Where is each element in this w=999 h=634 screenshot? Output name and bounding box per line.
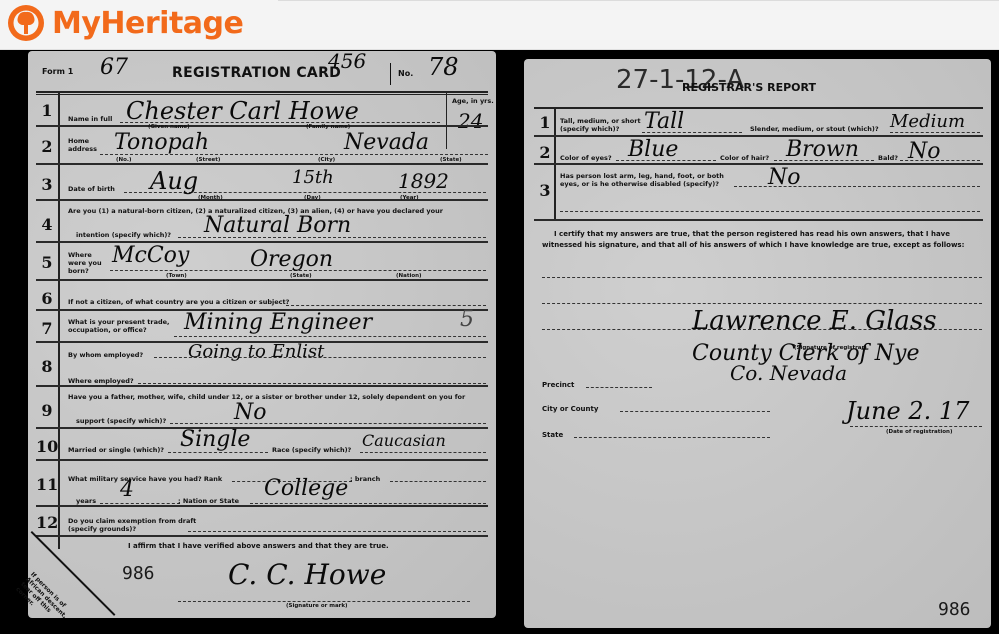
citizenship-value: Natural Born: [204, 213, 351, 238]
military-rank-label: What military service have you had? Rank: [68, 475, 222, 483]
occupation-value: Mining Engineer: [184, 310, 372, 335]
bald-value: No: [908, 139, 941, 164]
row-number: 8: [36, 357, 58, 376]
state-label: State: [542, 431, 563, 439]
form-number: 67: [100, 55, 128, 80]
address-label: Home address: [68, 137, 94, 153]
marital-status-value: Single: [180, 427, 250, 452]
stamp-number: 986: [122, 563, 155, 584]
row-number: 10: [36, 437, 58, 456]
address-city-value: Tonopah: [114, 130, 209, 155]
caption: (Town): [166, 273, 187, 279]
hair-color-value: Brown: [786, 137, 859, 162]
birthplace-label: Where were you born?: [68, 251, 108, 275]
fill-line: [360, 452, 486, 453]
birthdate-label: Date of birth: [68, 185, 115, 193]
height-label: Tall, medium, or short (specify which)?: [560, 117, 642, 133]
card-header: Form 1 67 REGISTRATION CARD 456 No. 78: [28, 51, 496, 93]
row-number: 1: [36, 101, 58, 120]
form-label: Form 1: [42, 67, 73, 76]
caption: (Nation): [396, 273, 422, 279]
registrars-report-back: 27-1-12-A REGISTRAR'S REPORT 1 Tall, med…: [524, 59, 991, 628]
disability-value: No: [768, 165, 801, 190]
citizenship-label: intention (specify which)?: [76, 231, 171, 239]
marital-status-label: Married or single (which)?: [68, 446, 164, 454]
affirmation-text: I affirm that I have verified above answ…: [128, 542, 389, 550]
row-number: 4: [36, 215, 58, 234]
height-value: Tall: [644, 109, 684, 134]
fill-line: [586, 387, 652, 388]
divider: [36, 91, 488, 93]
registrar-signature: Lawrence E. Glass: [692, 306, 937, 336]
header-bar: MyHeritage: [0, 0, 999, 50]
document-viewer[interactable]: Form 1 67 REGISTRATION CARD 456 No. 78 A…: [0, 51, 999, 634]
fill-line: [174, 336, 486, 337]
disability-label: Has person lost arm, leg, hand, foot, or…: [560, 172, 740, 188]
signature-line: [178, 601, 470, 602]
caption: (No.): [116, 157, 132, 163]
row-number: 3: [534, 181, 556, 200]
birth-town-value: McCoy: [112, 243, 189, 268]
exemption-label: Do you claim exemption from draft (speci…: [68, 517, 208, 533]
military-nation-label: ; Nation or State: [178, 497, 239, 505]
caption: (Month): [198, 195, 223, 201]
occupation-label: What is your present trade, occupation, …: [68, 318, 178, 334]
number-value: 78: [428, 53, 459, 81]
fill-line: [390, 481, 486, 482]
foreign-citizenship-label: If not a citizen, of what country are yo…: [68, 298, 289, 306]
report-title: REGISTRAR'S REPORT: [682, 81, 816, 94]
build-value: Medium: [890, 111, 965, 132]
card-title: REGISTRATION CARD: [172, 65, 341, 81]
row-number: 2: [36, 137, 58, 156]
birth-year-value: 1892: [398, 169, 449, 193]
stamp-number: 986: [938, 599, 971, 620]
myheritage-logo-link[interactable]: MyHeritage: [6, 3, 243, 43]
fill-line: [286, 305, 486, 306]
military-years-value: 4: [120, 477, 134, 502]
address-state-value: Nevada: [344, 130, 429, 155]
eye-color-label: Color of eyes?: [560, 154, 612, 162]
occupation-mark: 5: [460, 307, 474, 332]
dependents-question: Have you a father, mother, wife, child u…: [68, 393, 488, 401]
row-number: 5: [36, 253, 58, 272]
row-number: 7: [36, 319, 58, 338]
registrant-signature: C. C. Howe: [228, 558, 386, 591]
race-label: Race (specify which)?: [272, 446, 351, 454]
registration-date-caption: (Date of registration): [886, 429, 952, 435]
fill-line: [574, 437, 770, 438]
caption: (City): [318, 157, 335, 163]
registrar-title-line-2: Co. Nevada: [730, 361, 847, 385]
fill-line: [890, 132, 980, 133]
name-value: Chester Carl Howe: [126, 97, 359, 125]
city-county-label: City or County: [542, 405, 598, 413]
build-label: Slender, medium, or stout (which)?: [750, 125, 879, 133]
fill-line: [188, 531, 486, 532]
fill-line: [620, 411, 770, 412]
brand-name: MyHeritage: [52, 6, 243, 41]
fill-line: [850, 426, 982, 427]
fill-line: [542, 303, 982, 304]
dependents-value: No: [234, 400, 267, 425]
registration-date: June 2. 17: [846, 397, 969, 425]
row-number: 2: [534, 143, 556, 162]
caption: (Street): [196, 157, 220, 163]
fill-line: [170, 423, 486, 424]
serial-number: 456: [328, 49, 366, 73]
header-divider: [278, 0, 999, 1]
fill-line: [100, 503, 180, 504]
bald-label: Bald?: [878, 154, 898, 162]
birth-day-value: 15th: [292, 167, 334, 188]
fill-line: [560, 211, 980, 212]
signature-caption: (Signature or mark): [286, 603, 348, 609]
dependents-label: support (specify which)?: [76, 417, 166, 425]
caption: (State): [440, 157, 462, 163]
row-number: 6: [36, 289, 58, 308]
caption: (State): [290, 273, 312, 279]
employer-label: By whom employed?: [68, 351, 143, 359]
precinct-label: Precinct: [542, 381, 574, 389]
row-number: 11: [36, 475, 58, 494]
fill-line: [250, 503, 486, 504]
hair-color-label: Color of hair?: [720, 154, 769, 162]
birth-month-value: Aug: [150, 167, 198, 195]
row-number: 12: [36, 513, 58, 532]
birth-state-value: Oregon: [250, 247, 333, 272]
field-row-military-service: 11: [36, 463, 488, 507]
military-years-label: years: [76, 497, 96, 505]
employer-value: Going to Enlist: [188, 341, 324, 362]
fill-line: [542, 277, 982, 278]
certification-text: I certify that my answers are true, that…: [542, 229, 982, 251]
divider: [390, 63, 391, 85]
tear-corner-text: If person is of African descent, tear of…: [14, 571, 76, 633]
row-number: 9: [36, 401, 58, 420]
myheritage-tree-logo-icon: [6, 3, 46, 43]
caption: (Year): [400, 195, 419, 201]
fill-line: [138, 383, 486, 384]
eye-color-value: Blue: [628, 137, 678, 162]
military-branch-label: ; branch: [350, 475, 380, 483]
military-nation-value: College: [264, 476, 348, 501]
row-number: 3: [36, 175, 58, 194]
field-row-foreign-citizenship: 6: [36, 283, 488, 311]
name-label: Name in full: [68, 115, 112, 123]
row-number: 1: [534, 113, 556, 132]
number-label: No.: [398, 69, 413, 78]
registration-card-front: Form 1 67 REGISTRATION CARD 456 No. 78 A…: [28, 51, 496, 618]
employment-location-label: Where employed?: [68, 377, 134, 385]
caption: (Day): [304, 195, 321, 201]
fill-line: [168, 452, 268, 453]
race-value: Caucasian: [362, 431, 446, 450]
